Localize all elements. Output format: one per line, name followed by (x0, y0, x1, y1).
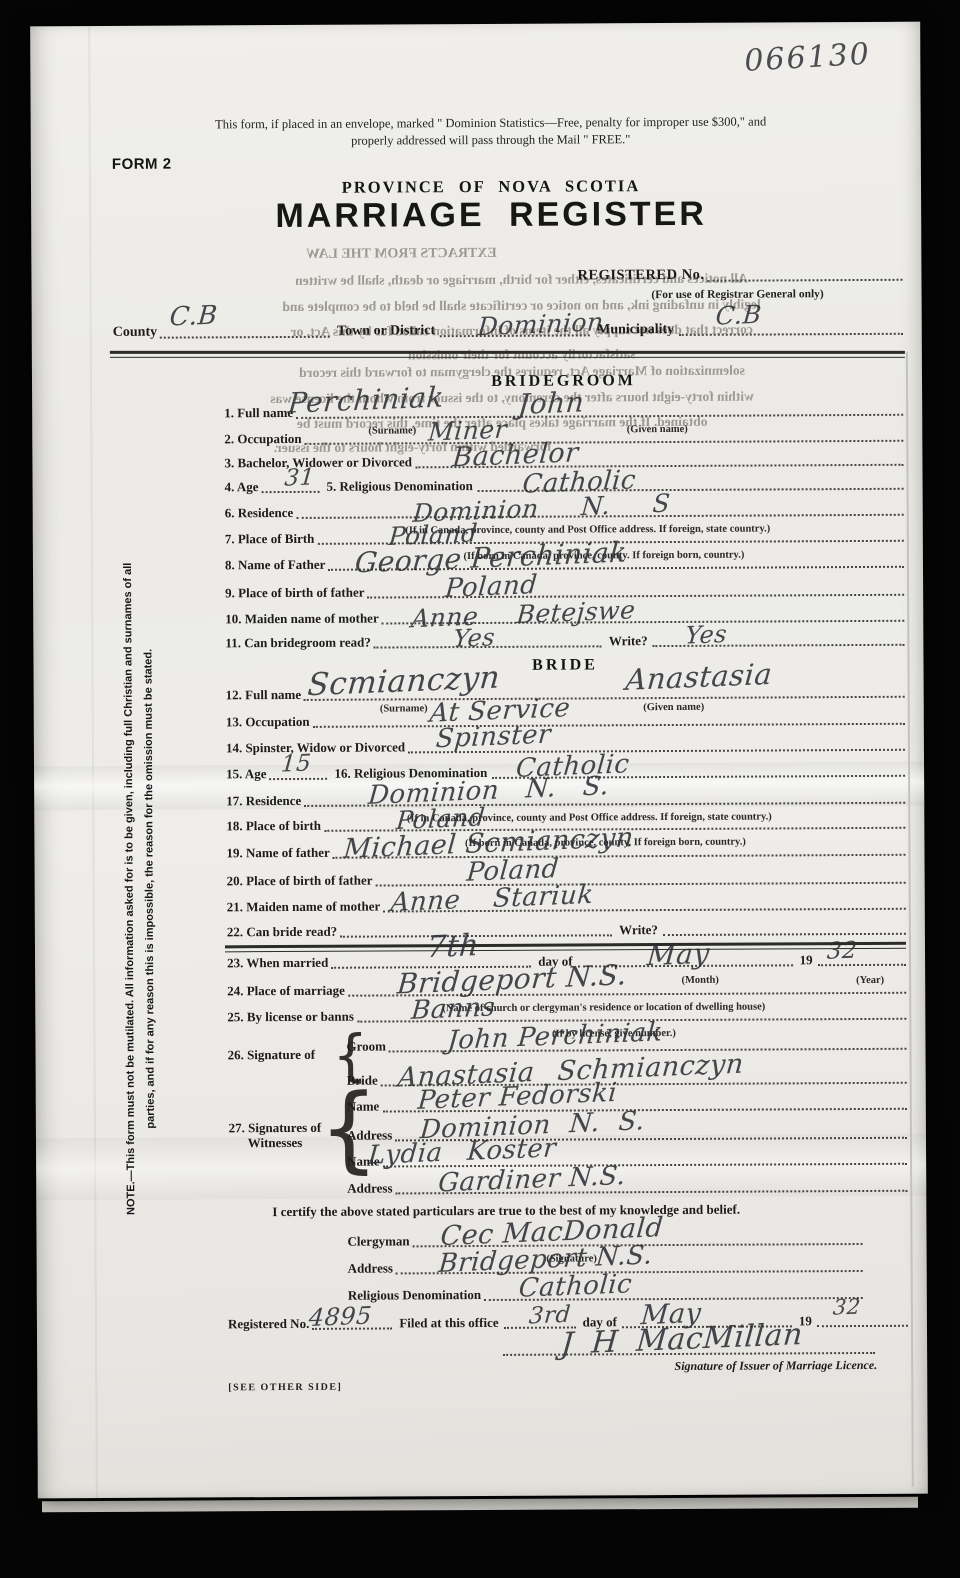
filed-day-value: 3rd (528, 1304, 572, 1329)
year-prefix: 19 (793, 952, 815, 968)
bg-read-value: Yes (452, 625, 496, 651)
bg-mother-value: Anne Betejswe (410, 597, 636, 631)
bg-age-label: 4. Age (225, 479, 259, 495)
bg-write-value: Yes (684, 622, 728, 648)
county-value: C.B (169, 302, 219, 330)
br-write-label: Write? (612, 922, 660, 938)
field-row: Address (347, 1177, 907, 1197)
dotted-line (305, 439, 904, 445)
dotted-line (313, 722, 905, 728)
county-label: County (113, 325, 157, 341)
br-father-label: 19. Name of father (226, 845, 329, 862)
dotted-line (270, 777, 328, 780)
bg-father-birthplace-value: Poland (444, 572, 538, 602)
certification-statement: I certify the above stated particulars a… (272, 1202, 740, 1220)
clergyman-address-label: Address (348, 1260, 393, 1276)
br-read-label: 22. Can bride read? (227, 924, 337, 941)
filed-year-value: 32 (832, 1296, 861, 1318)
when-married-label: 23. When married (227, 955, 328, 972)
br-birthplace-label: 18. Place of birth (226, 818, 321, 834)
registered-no-label: REGISTERED No. (577, 267, 704, 285)
dotted-line (708, 278, 903, 282)
underlying-sheet-edge (42, 1497, 918, 1513)
br-age-label: 15. Age (226, 766, 267, 782)
bg-residence-label: 6. Residence (225, 505, 294, 521)
document-title: MARRIAGE REGISTER (51, 194, 928, 238)
groom-signature-label: Groom (346, 1038, 386, 1054)
registered-no-row: REGISTERED No. (577, 266, 902, 285)
bg-occupation-label: 2. Occupation (224, 431, 301, 447)
mail-notice-line2: properly addressed will pass through the… (91, 131, 891, 150)
marriage-register-page: EXTRACTS FROM THE LAW All notices and ce… (30, 22, 928, 1499)
br-surname-value: Scmianczyn (306, 662, 501, 701)
br-mother-value: Anne Stariuk (390, 882, 595, 916)
field-row: 22. Can bride read?Write? (227, 920, 906, 941)
witnesses-label-line1: 27. Signatures of (219, 1121, 331, 1137)
br-residence-label: 17. Residence (226, 793, 301, 809)
married-month-value: May (646, 940, 711, 971)
section-divider-rule (110, 351, 905, 358)
town-district-label: Town or District (330, 323, 437, 340)
bg-write-label: Write? (602, 633, 650, 649)
dotted-line (663, 932, 906, 936)
br-father-birthplace-label: 20. Place of birth of father (227, 873, 373, 890)
registered-no-bottom-label: Registered No. (228, 1316, 309, 1332)
registered-no-subcaption: (For use of Registrar General only) (588, 288, 888, 302)
dotted-line (160, 335, 330, 339)
margin-note: NOTE.—This form must not be mutilated. A… (118, 559, 167, 1219)
bg-status-label: 3. Bachelor, Widower or Divorced (224, 454, 412, 471)
field-row: 11. Can bridegroom read?Write? (225, 631, 904, 652)
bg-surname-value: Perchiniak (287, 383, 445, 417)
bg-birthplace-label: 7. Place of Birth (225, 531, 315, 547)
br-full-name-label: 12. Full name (226, 687, 302, 703)
clergyman-label: Clergyman (347, 1233, 409, 1249)
witness1-name-label: Name (347, 1099, 380, 1115)
form-number-label: FORM 2 (112, 156, 172, 173)
signature-of-label: 26. Signature of (228, 1047, 316, 1063)
br-given-name-value: Anastasia (624, 660, 773, 695)
witness2-address-value: Gardiner N.S. (437, 1163, 626, 1197)
municipality-value: C.B (715, 302, 763, 329)
br-status-label: 14. Spinster, Widow or Divorced (226, 739, 405, 756)
clergyman-denomination-value: Catholic (518, 1271, 633, 1302)
br-age-value: 15 (280, 752, 312, 776)
br-mother-label: 21. Maiden name of mother (227, 899, 381, 916)
bg-father-label: 8. Name of Father (225, 557, 325, 574)
witness2-address-label: Address (347, 1180, 392, 1196)
bg-father-birthplace-label: 9. Place of birth of father (225, 585, 364, 602)
br-status-value: Spinster (435, 722, 552, 753)
bg-read-label: 11. Can bridegroom read? (225, 635, 371, 652)
br-occupation-label: 13. Occupation (226, 714, 310, 730)
bg-status-value: Bachelor (451, 439, 579, 471)
bg-age-value: 31 (284, 466, 316, 490)
registrar-stamp-number: 066130 (743, 37, 871, 79)
license-or-banns-value: Banns (410, 994, 496, 1023)
married-day-value: 7th (426, 931, 480, 963)
scanned-document-stage: EXTRACTS FROM THE LAW All notices and ce… (0, 0, 960, 1578)
town-value: Dominion (477, 309, 605, 339)
bg-mother-label: 10. Maiden name of mother (225, 611, 379, 628)
see-other-side-label: [SEE OTHER SIDE] (228, 1382, 342, 1394)
issuer-signature-caption: Signature of Issuer of Marriage Licence. (597, 1358, 877, 1374)
bleedthrough-heading: EXTRACTS FROM THE LAW (151, 245, 651, 264)
bg-full-name-label: 1. Full name (224, 405, 293, 421)
bg-religion-label: 5. Religious Denomination (319, 478, 474, 495)
bg-given-name-value: John (517, 388, 585, 419)
paper-crease (88, 26, 98, 1498)
dotted-line (679, 332, 903, 336)
place-of-marriage-label: 24. Place of marriage (227, 983, 345, 1000)
filed-label: Filed at this office (392, 1315, 500, 1332)
registered-no-value: 4895 (308, 1303, 373, 1330)
married-year-value: 32 (826, 939, 858, 963)
mail-notice-line1: This form, if placed in an envelope, mar… (91, 114, 891, 133)
witnesses-label-line2: Witnesses (219, 1136, 331, 1152)
dotted-line (817, 1324, 908, 1327)
witnesses-label: 27. Signatures of Witnesses (219, 1121, 331, 1151)
